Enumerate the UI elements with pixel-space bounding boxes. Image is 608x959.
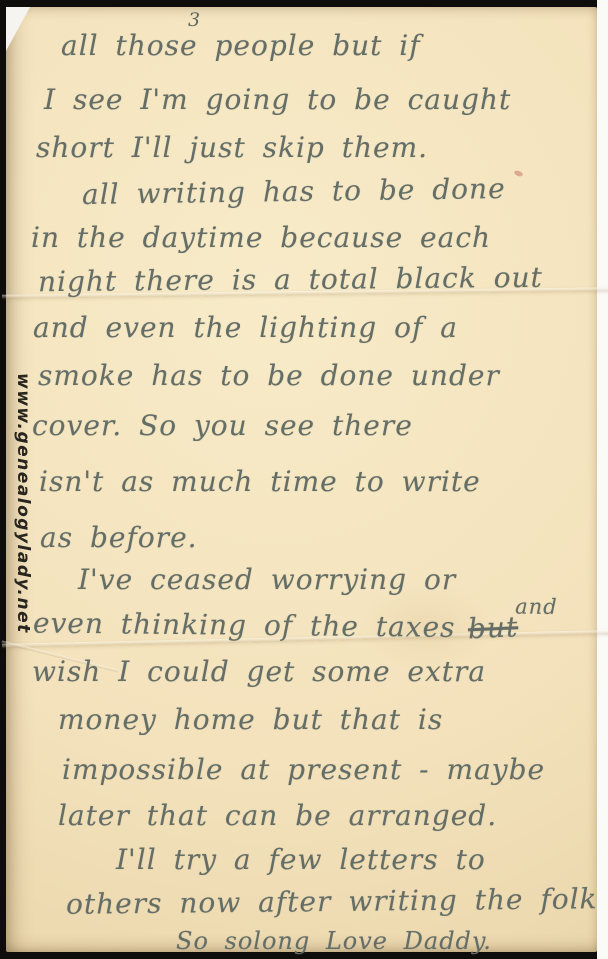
handwritten-line: I've ceased worrying or: [78, 563, 456, 597]
signature-line: So solong Love Daddy.: [176, 927, 492, 956]
handwritten-line: as before.: [40, 521, 198, 555]
handwritten-line: later that can be arranged.: [58, 799, 497, 833]
letter-paper: www.genealogylady.net 3 all those people…: [6, 7, 597, 952]
handwritten-line: I see I'm going to be caught: [44, 83, 511, 117]
handwritten-line: in the daytime because each: [31, 221, 491, 255]
handwritten-line: smoke has to be done under: [38, 359, 500, 393]
handwritten-line: cover. So you see there: [32, 409, 413, 443]
inserted-word: and: [515, 595, 558, 621]
paper-speck: [513, 170, 523, 178]
handwritten-line: all writing has to be done: [82, 172, 506, 212]
struck-word: but: [467, 610, 519, 646]
handwritten-line: impossible at present - maybe: [62, 753, 545, 787]
handwritten-line: wish I could get some extra: [32, 655, 486, 689]
handwritten-line: isn't as much time to write: [39, 465, 481, 499]
watermark-url: www.genealogylady.net: [13, 373, 33, 634]
handwritten-line-with-correction: even thinking of the taxesbutand: [33, 606, 518, 645]
line-text: even thinking of the taxes: [33, 606, 456, 643]
scan-right-margin: [597, 0, 608, 959]
folded-corner: [6, 7, 30, 51]
scanned-letter-page: www.genealogylady.net 3 all those people…: [0, 0, 608, 959]
handwritten-line: all those people but if: [61, 29, 421, 63]
handwritten-line: and even the lighting of a: [33, 311, 458, 345]
handwritten-line: short I'll just skip them.: [36, 131, 428, 165]
page-number: 3: [188, 9, 200, 31]
handwritten-line: money home but that is: [58, 703, 443, 737]
handwritten-line: I'll try a few letters to: [116, 843, 486, 877]
handwritten-line: night there is a total black out: [38, 261, 543, 299]
handwritten-line: others now after writing the folk: [66, 882, 598, 921]
